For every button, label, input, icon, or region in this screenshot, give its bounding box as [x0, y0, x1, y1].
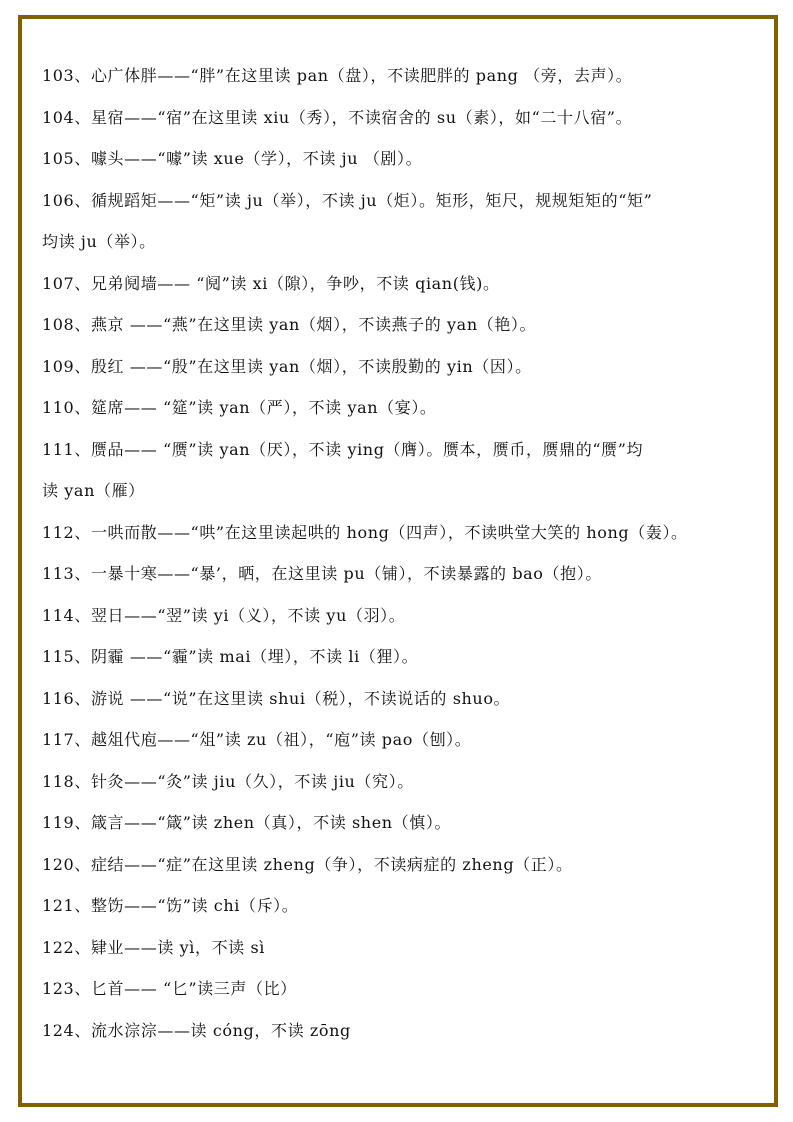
text-line-120: 120、症结——“症”在这里读 zheng（争），不读病症的 zheng（正）。: [42, 844, 722, 886]
text-line-114: 114、翌日——“翌”读 yi（义），不读 yu（羽）。: [42, 595, 722, 637]
text-line-118: 118、针灸——“灸”读 jiu（久），不读 jiu（究）。: [42, 761, 722, 803]
text-line-115: 115、阴霾 ——“霾”读 mai（埋），不读 li（狸）。: [42, 636, 722, 678]
text-line-106-continued: 均读 ju（举）。: [42, 221, 722, 263]
text-line-113: 113、一暴十寒——“暴’，晒，在这里读 pu（铺），不读暴露的 bao（抱）。: [42, 553, 722, 595]
text-line-119: 119、箴言——“箴”读 zhen（真），不读 shen（慎）。: [42, 802, 722, 844]
text-line-103: 103、心广体胖——“胖”在这里读 pan（盘），不读肥胖的 pang （旁，去…: [42, 55, 722, 97]
text-line-123: 123、匕首—— “匕”读三声（比）: [42, 968, 722, 1010]
text-line-112: 112、一哄而散——“哄”在这里读起哄的 hong（四声），不读哄堂大笑的 ho…: [42, 512, 722, 554]
document-body: 103、心广体胖——“胖”在这里读 pan（盘），不读肥胖的 pang （旁，去…: [42, 55, 722, 1051]
text-line-108: 108、燕京 ——“燕”在这里读 yan（烟），不读燕子的 yan（艳）。: [42, 304, 722, 346]
text-line-104: 104、星宿——“宿”在这里读 xiu（秀），不读宿舍的 su（素），如“二十八…: [42, 97, 722, 139]
text-line-124: 124、流水淙淙——读 cóng，不读 zōng: [42, 1010, 722, 1052]
text-line-105: 105、噱头——“噱”读 xue（学），不读 ju （剧）。: [42, 138, 722, 180]
text-line-110: 110、筵席—— “筵”读 yan（严），不读 yan（宴）。: [42, 387, 722, 429]
text-line-111-continued: 读 yan（雁）: [42, 470, 722, 512]
text-line-116: 116、游说 ——“说”在这里读 shui（税），不读说话的 shuo。: [42, 678, 722, 720]
text-line-121: 121、整饬——“饬”读 chi（斥）。: [42, 885, 722, 927]
text-line-107: 107、兄弟阋墙—— “阋”读 xi（隙），争吵，不读 qian(钱)。: [42, 263, 722, 305]
text-line-106: 106、循规蹈矩——“矩”读 ju（举），不读 ju（炬）。矩形，矩尺，规规矩矩…: [42, 180, 722, 222]
text-line-111: 111、赝品—— “赝”读 yan（厌），不读 ying（膺）。赝本，赝币，赝鼎…: [42, 429, 722, 471]
text-line-122: 122、肄业——读 yì，不读 sì: [42, 927, 722, 969]
text-line-117: 117、越俎代庖——“俎”读 zu（祖），“庖”读 pao（刨）。: [42, 719, 722, 761]
text-line-109: 109、殷红 ——“殷”在这里读 yan（烟），不读殷勤的 yin（因）。: [42, 346, 722, 388]
